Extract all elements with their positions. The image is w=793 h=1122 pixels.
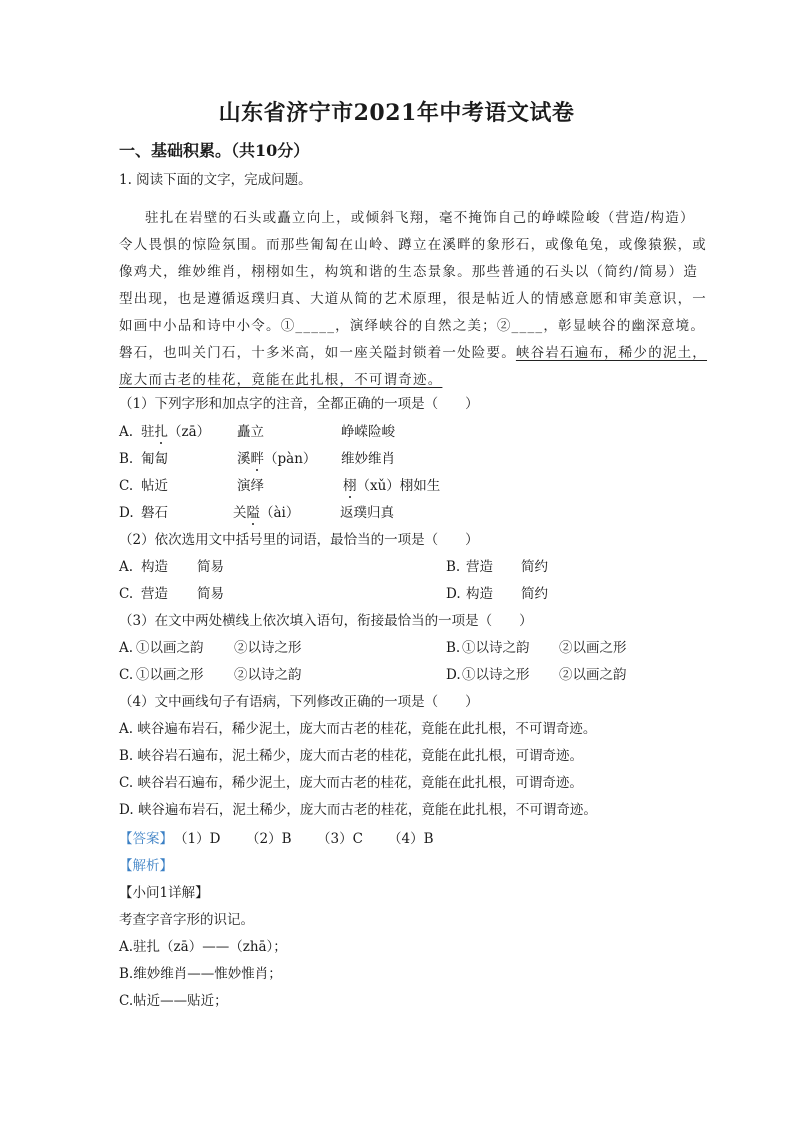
dotted-char: 栩 [343, 478, 357, 494]
passage-line: 型出现，也是遵循返璞归真、大道从简的艺术原理，很是帖近人的情感意愿和审美意识，一 [119, 287, 707, 307]
analysis-line: B.维妙维肖——惟妙惟肖； [119, 964, 282, 984]
question-prompt: 1. 阅读下面的文字，完成问题。 [119, 170, 312, 190]
passage-line: 令人畏惧的惊险氛围。而那些匍匐在山岭、蹲立在溪畔的象形石，或像龟兔，或像猿猴，或 [119, 233, 707, 253]
q3-stem: （3）在文中两处横线上依次填入语句，衔接最恰当的一项是（ ） [119, 611, 533, 631]
q1-stem: （1）下列字形和加点字的注音，全都正确的一项是（ ） [119, 394, 479, 414]
dotted-char: 畔 [251, 451, 265, 467]
analysis-intro: 考查字音字形的识记。 [119, 910, 254, 930]
document-page: 山东省济宁市2021年中考语文试卷 一、基础积累。（共10分） 1. 阅读下面的… [0, 0, 793, 1122]
answer-label: 【答案】 [119, 829, 173, 849]
analysis-line: C.帖近——贴近； [119, 991, 228, 1011]
section-heading: 一、基础积累。（共10分） [119, 138, 309, 161]
underlined-sentence: 峡谷岩石遍布，稀少的泥土， [516, 345, 707, 361]
page-title: 山东省济宁市2021年中考语文试卷 [0, 96, 793, 127]
passage-line: 驻扎在岩壁的石头或矗立向上，或倾斜飞翔，毫不掩饰自己的峥嵘险峻（营造/构造） [145, 206, 695, 226]
q4-option-d: D. 峡谷遍布岩石，泥土稀少，庞大而古老的桂花，竟能在此扎根，不可谓奇迹。 [119, 800, 597, 820]
passage-line: 如画中小品和诗中小令。①_____，演绎峡谷的自然之美；②____，彰显峡谷的幽… [119, 314, 705, 334]
q4-option-c: C. 峡谷岩石遍布，稀少泥土，庞大而古老的桂花，竟能在此扎根，可谓奇迹。 [119, 773, 583, 793]
q4-option-a: A. 峡谷遍布岩石，稀少泥土，庞大而古老的桂花，竟能在此扎根，不可谓奇迹。 [119, 719, 596, 739]
q4-option-b: B. 峡谷岩石遍布，泥土稀少，庞大而古老的桂花，竟能在此扎根，可谓奇迹。 [119, 746, 583, 766]
underlined-sentence: 庞大而古老的桂花，竟能在此扎根，不可谓奇迹。 [119, 368, 442, 388]
dotted-char: 隘 [247, 505, 261, 521]
q2-stem: （2）依次选用文中括号里的词语，最恰当的一项是（ ） [119, 530, 479, 550]
dotted-char: 扎 [155, 424, 169, 440]
passage-text: 磐石，也叫关门石，十多米高，如一座关隘封锁着一处险要。 [119, 345, 516, 361]
q4-stem: （4）文中画线句子有语病，下列修改正确的一项是（ ） [119, 692, 479, 712]
analysis-label: 【解析】 [119, 856, 173, 876]
sub-question-heading: 【小问1详解】 [119, 883, 209, 903]
analysis-line: A.驻扎（zā）——（zhā）； [119, 937, 287, 957]
passage-line: 像鸡犬，维妙维肖，栩栩如生，构筑和谐的生态景象。那些普通的石头以（简约/简易）造 [119, 260, 698, 280]
passage-line: 磐石，也叫关门石，十多米高，如一座关隘封锁着一处险要。峡谷岩石遍布，稀少的泥土， [119, 341, 707, 361]
